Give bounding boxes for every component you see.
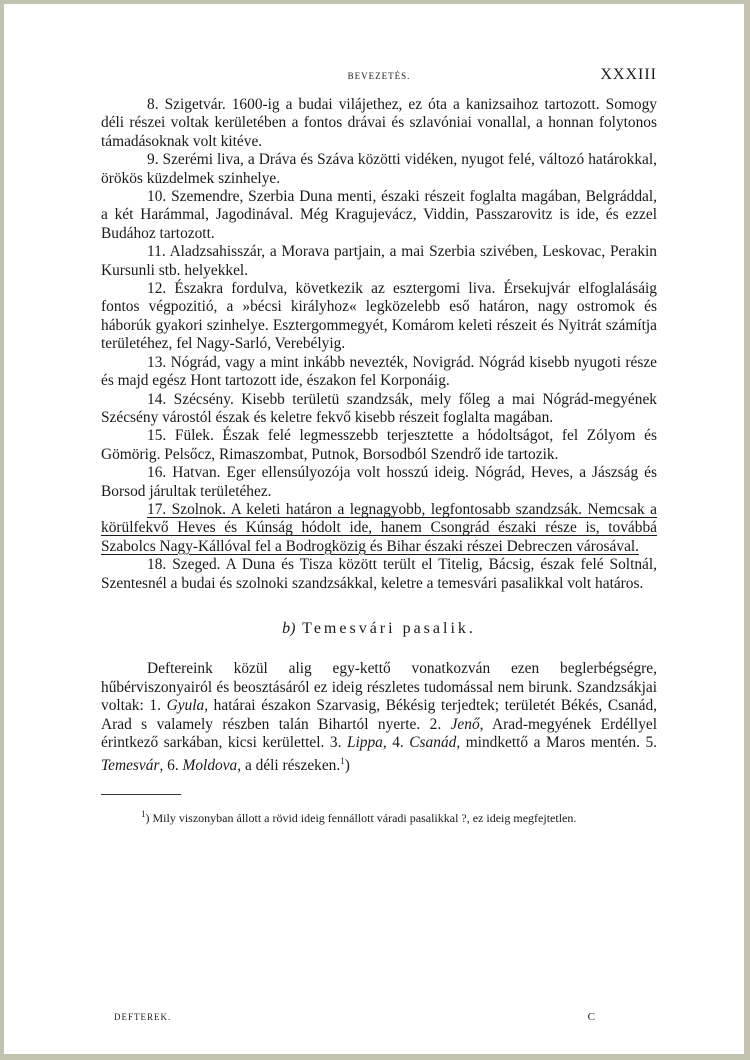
running-head: BEVEZETÉS. XXXIII	[101, 66, 657, 86]
italic-place-name: Csanád,	[409, 734, 460, 751]
paragraph-11: 11. Aladzsahisszár, a Morava partjain, a…	[101, 243, 657, 280]
text-run: 4.	[387, 734, 410, 751]
italic-place-name: Temesvár	[101, 758, 159, 775]
paragraph-10: 10. Szemendre, Szerbia Duna menti, észak…	[101, 188, 657, 243]
italic-place-name: Lippa,	[347, 734, 387, 751]
italic-place-name: Jenő,	[451, 716, 484, 733]
paragraph-14: 14. Szécsény. Kisebb területü szandzsák,…	[101, 391, 657, 428]
text-run: mindkettő a Maros mentén. 5.	[460, 734, 657, 751]
paragraph-9: 9. Szerémi liva, a Dráva és Száva között…	[101, 151, 657, 188]
signature-mark: C	[588, 1011, 596, 1023]
italic-place-name: Moldova	[183, 758, 238, 775]
paragraph-17-underlined: 17. Szolnok. A keleti határon a legnagyo…	[101, 501, 657, 556]
paragraph-12: 12. Északra fordulva, következik az eszt…	[101, 280, 657, 354]
paragraph-15: 15. Fülek. Észak felé legmesszebb terjes…	[101, 427, 657, 464]
footnote-text: ) Mily viszonyban állott a rövid ideig f…	[146, 811, 577, 825]
section-letter: b)	[282, 620, 295, 637]
section-title: Temesvári pasalik.	[302, 620, 476, 637]
text-run: , 6.	[159, 758, 182, 775]
footnote-divider	[101, 794, 181, 795]
running-title: BEVEZETÉS.	[101, 71, 657, 81]
paragraph-13: 13. Nógrád, vagy a mint inkább nevezték,…	[101, 354, 657, 391]
signature-line: DEFTEREK. C	[114, 1012, 596, 1022]
paragraph-18: 18. Szeged. A Duna és Tisza között terül…	[101, 556, 657, 593]
body-text: 8. Szigetvár. 1600-ig a budai vilájethez…	[101, 96, 657, 826]
footnote: 1) Mily viszonyban állott a rövid ideig …	[101, 807, 657, 826]
text-run: )	[345, 758, 350, 775]
paragraph-8: 8. Szigetvár. 1600-ig a budai vilájethez…	[101, 96, 657, 151]
section-heading: b) Temesvári pasalik.	[101, 620, 657, 638]
document-page: BEVEZETÉS. XXXIII 8. Szigetvár. 1600-ig …	[4, 4, 744, 1054]
paragraph-temesvar: Deftereink közül alig egy-kettő vonatkoz…	[101, 660, 657, 776]
page-number: XXXIII	[600, 66, 657, 84]
paragraph-16: 16. Hatvan. Eger ellensúlyozója volt hos…	[101, 464, 657, 501]
italic-place-name: Gyula,	[167, 697, 208, 714]
text-run: , a déli részeken.	[237, 758, 340, 775]
signature-label: DEFTEREK.	[114, 1012, 171, 1022]
